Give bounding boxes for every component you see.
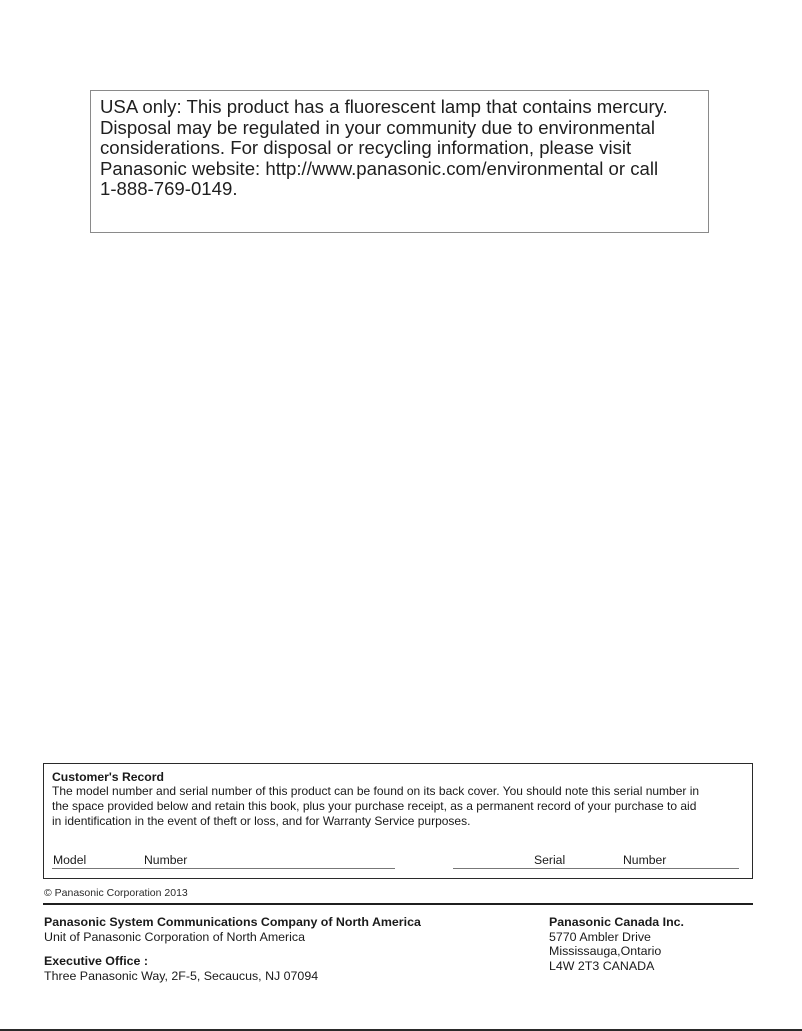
executive-office-label: Executive Office : (44, 954, 421, 969)
divider (43, 903, 753, 905)
record-text-line: The model number and serial number of th… (52, 784, 752, 799)
customer-record-title: Customer's Record (52, 770, 752, 784)
serial-label: Serial (534, 854, 565, 867)
canada-address-line: L4W 2T3 CANADA (549, 959, 684, 974)
serial-number-field[interactable]: Serial Number (453, 854, 739, 869)
canada-company-name: Panasonic Canada Inc. (549, 915, 684, 930)
model-label: Model (53, 854, 86, 867)
notice-line: Panasonic website: http://www.panasonic.… (100, 159, 708, 180)
copyright: © Panasonic Corporation 2013 (44, 887, 188, 899)
executive-office-address: Three Panasonic Way, 2F-5, Secaucus, NJ … (44, 969, 421, 984)
number-label: Number (144, 854, 187, 867)
notice-line: 1-888-769-0149. (100, 179, 708, 200)
company-info: Panasonic System Communications Company … (44, 915, 421, 983)
number-label: Number (623, 854, 666, 867)
company-name: Panasonic System Communications Company … (44, 915, 421, 930)
notice-line: Disposal may be regulated in your commun… (100, 118, 708, 139)
customer-record-box: Customer's Record The model number and s… (43, 763, 753, 879)
canada-address-line: 5770 Ambler Drive (549, 930, 684, 945)
notice-line: USA only: This product has a fluorescent… (100, 97, 708, 118)
record-text-line: the space provided below and retain this… (52, 799, 752, 814)
company-subtitle: Unit of Panasonic Corporation of North A… (44, 930, 421, 945)
canada-address-line: Mississauga,Ontario (549, 944, 684, 959)
model-number-field[interactable]: Model Number (52, 854, 395, 869)
notice-line: considerations. For disposal or recyclin… (100, 138, 708, 159)
canada-info: Panasonic Canada Inc. 5770 Ambler Drive … (549, 915, 684, 973)
record-text-line: in identification in the event of theft … (52, 814, 752, 829)
mercury-disposal-notice: USA only: This product has a fluorescent… (90, 90, 709, 233)
